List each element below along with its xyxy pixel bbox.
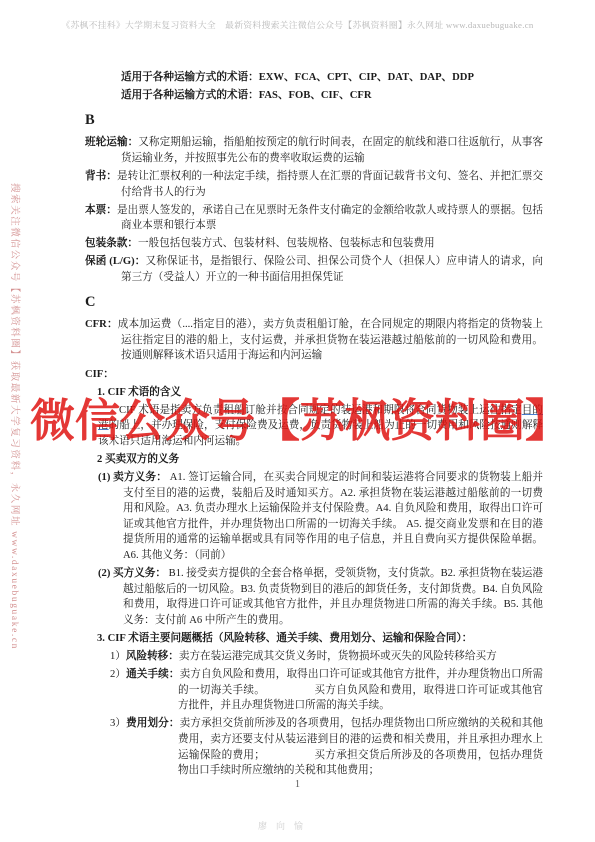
paragraph-label: (2) 买方义务： bbox=[98, 568, 166, 579]
paragraph-text: 又称保证书，是指银行、保险公司、担保公司贷个人（担保人）应申请人的请求，向第三方… bbox=[121, 256, 543, 283]
paragraph-text: A1. 签订运输合同，在买卖合同规定的时间和装运港将合同要求的货物装上船并支付至… bbox=[123, 472, 543, 561]
paragraph: 3）费用划分：卖方承担交货前所涉及的各项费用，包括办理货物出口所应缴纳的关税和其… bbox=[110, 716, 543, 778]
paragraph-text: 一般包括包装方式、包装材料、包装规格、包装标志和包装费用 bbox=[138, 238, 435, 249]
paragraph-text: 卖方在装运港完成其交货义务时，货物损坏或灭失的风险转移给买方 bbox=[179, 651, 497, 662]
paragraph-text: 是转让汇票权利的一种法定手续，指持票人在汇票的背面记载背书文句、签名、并把汇票交… bbox=[117, 171, 543, 198]
paragraph: CFR：成本加运费（....指定目的港），卖方负责租船订舱，在合同规定的期限内将… bbox=[85, 317, 543, 364]
paragraph-label: 3. CIF 术语主要问题概括（风险转移、通关手续、费用划分、运输和保险合同）： bbox=[97, 633, 472, 644]
paragraph-text: 3） bbox=[110, 718, 126, 729]
footer-faint-name: 廖向愉 bbox=[258, 819, 312, 832]
paragraph-text: 是出票人签发的，承诺自己在见票时无条件支付确定的金额给收款人或持票人的票据。包括… bbox=[117, 205, 543, 232]
paragraph-label: 班轮运输： bbox=[85, 137, 138, 148]
paragraph: 本票：是出票人签发的，承诺自己在见票时无条件支付确定的金额给收款人或持票人的票据… bbox=[85, 203, 543, 234]
paragraph-label: 背书： bbox=[85, 171, 117, 182]
paragraph: 适用于各种运输方式的术语：EXW、FCA、CPT、CIP、DAT、DAP、DDP bbox=[121, 70, 543, 86]
paragraph: 包装条款：一般包括包装方式、包装材料、包装规格、包装标志和包装费用 bbox=[85, 236, 543, 252]
paragraph: (1) 卖方义务： A1. 签订运输合同，在买卖合同规定的时间和装运港将合同要求… bbox=[98, 470, 543, 564]
paragraph-label: 风险转移： bbox=[126, 651, 179, 662]
paragraph: CIF： bbox=[85, 367, 543, 383]
red-watermark-overlay: 微信公众号【苏枫资料圈】 bbox=[30, 384, 570, 449]
section-heading: B bbox=[85, 113, 543, 129]
page-number: 1 bbox=[0, 779, 595, 790]
paragraph: 2 买卖双方的义务 bbox=[97, 452, 543, 468]
paragraph: 适用于各种运输方式的术语：FAS、FOB、CIF、CFR bbox=[121, 88, 543, 104]
paragraph-text: 1） bbox=[110, 651, 126, 662]
paragraph-label: 适用于各种运输方式的术语：EXW、FCA、CPT、CIP、DAT、DAP、DDP bbox=[121, 72, 474, 83]
paragraph: 2）通关手续：卖方自负风险和费用，取得出口许可证或其他官方批件，并办理货物出口所… bbox=[110, 667, 543, 714]
paragraph: 班轮运输：又称定期船运输，指船舶按预定的航行时间表，在固定的航线和港口往返航行，… bbox=[85, 135, 543, 166]
paragraph: 3. CIF 术语主要问题概括（风险转移、通关手续、费用划分、运输和保险合同）： bbox=[97, 631, 543, 647]
paragraph-label: 适用于各种运输方式的术语：FAS、FOB、CIF、CFR bbox=[121, 90, 372, 101]
paragraph-label: 本票： bbox=[85, 205, 117, 216]
paragraph-text: B1. 接受卖方提供的全套合格单据，受领货物，支付货款。B2. 承担货物在装运港… bbox=[123, 568, 543, 626]
paragraph: 1）风险转移：卖方在装运港完成其交货义务时，货物损坏或灭失的风险转移给买方 bbox=[110, 649, 543, 665]
paragraph: 保函 (L/G)：又称保证书，是指银行、保险公司、担保公司贷个人（担保人）应申请… bbox=[85, 254, 543, 285]
paragraph: 背书：是转让汇票权利的一种法定手续，指持票人在汇票的背面记载背书文句、签名、并把… bbox=[85, 169, 543, 200]
paragraph-label: (1) 卖方义务： bbox=[98, 472, 167, 483]
paragraph: (2) 买方义务： B1. 接受卖方提供的全套合格单据，受领货物，支付货款。B2… bbox=[98, 566, 543, 628]
paragraph-text: 又称定期船运输，指船舶按预定的航行时间表，在固定的航线和港口往返航行，从事客货运… bbox=[121, 137, 543, 164]
paragraph-label: CIF： bbox=[85, 369, 114, 380]
paragraph-label: 2 买卖双方的义务 bbox=[97, 454, 179, 465]
paragraph-text: 卖方自负风险和费用，取得出口许可证或其他官方批件，并办理货物出口所需的一切海关手… bbox=[178, 669, 543, 711]
paragraph-label: 费用划分： bbox=[126, 718, 179, 729]
side-vertical-watermark: 搜索关注微信公众号【苏枫资料圈】获取最新大学复习资料，永久网址 www.daxu… bbox=[9, 183, 23, 650]
paragraph-text: 卖方承担交货前所涉及的各项费用，包括办理货物出口所应缴纳的关税和其他费用，卖方还… bbox=[178, 718, 543, 776]
paragraph-label: 保函 (L/G)： bbox=[85, 256, 146, 267]
paragraph-label: 包装条款： bbox=[85, 238, 138, 249]
paragraph-text: 2） bbox=[110, 669, 126, 680]
section-heading: C bbox=[85, 295, 543, 311]
paragraph-text: 成本加运费（....指定目的港），卖方负责租船订舱，在合同规定的期限内将指定的货… bbox=[118, 319, 543, 361]
paragraph-label: 通关手续： bbox=[126, 669, 179, 680]
paragraph-label: CFR： bbox=[85, 319, 118, 330]
page-header-watermark: 《苏枫不挂科》大学期末复习资料大全 最新资料搜索关注微信公众号【苏枫资料圈】永久… bbox=[0, 18, 595, 31]
